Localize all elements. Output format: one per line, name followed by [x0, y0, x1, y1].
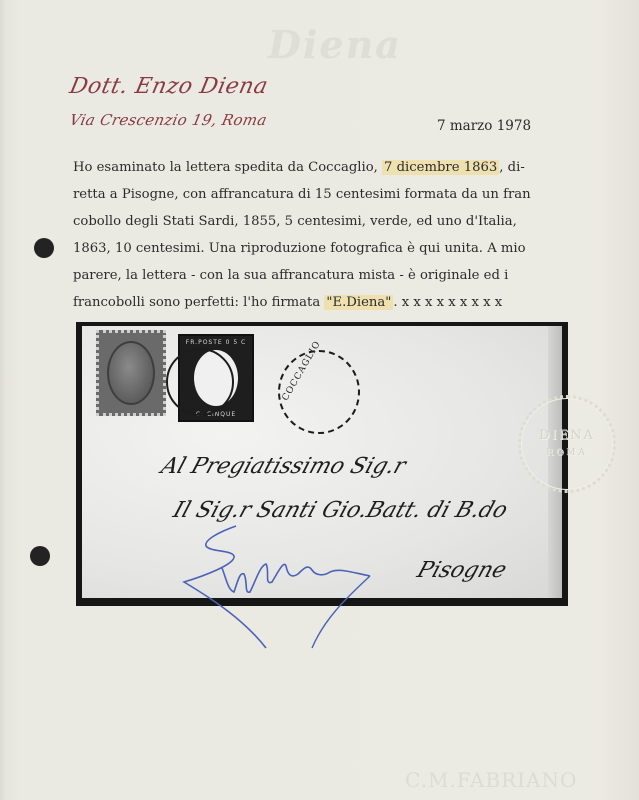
letterhead-name: Dott. Enzo Diena — [67, 74, 270, 99]
embossed-seal: DIENA ROMA — [518, 395, 616, 493]
punch-hole-icon — [30, 546, 50, 566]
body-text: 1863, 10 centesimi. Una riproduzione fot… — [73, 241, 526, 256]
address-line: Al Pregiatissimo Sig.r — [158, 454, 409, 479]
address-line: Pisogne — [414, 558, 510, 583]
body-text: . x x x x x x x x x — [393, 295, 502, 310]
body-text: retta a Pisogne, con affrancatura di 15 … — [73, 187, 531, 202]
body-text: francobolli sono perfetti: l'ho firmata — [73, 295, 324, 310]
body-text: cobollo degli Stati Sardi, 1855, 5 cente… — [73, 214, 517, 229]
expert-signature-icon — [174, 520, 394, 660]
highlighted-date: 7 dicembre 1863 — [382, 160, 499, 175]
watermark-top: Diena — [268, 22, 402, 67]
letterhead-address: Via Crescenzio 19, Roma — [68, 111, 269, 129]
cancellation-circle-icon — [166, 348, 234, 416]
highlighted-signature-name: "E.Diena" — [324, 295, 393, 310]
stamp-italy-10c — [96, 330, 166, 416]
seal-text: ROMA — [521, 448, 613, 458]
certificate-date: 7 marzo 1978 — [437, 118, 531, 134]
body-line: 1863, 10 centesimi. Una riproduzione fot… — [73, 235, 593, 262]
stamp-top-text: FR.POSTE 0 5 C — [180, 339, 252, 346]
body-line: retta a Pisogne, con affrancatura di 15 … — [73, 181, 593, 208]
body-line: francobolli sono perfetti: l'ho firmata … — [73, 289, 593, 316]
seal-text: DIENA — [521, 428, 613, 443]
stamp-king-profile-icon — [107, 341, 155, 405]
body-text: parere, la lettera - con la sua affranca… — [73, 268, 508, 283]
body-line: cobollo degli Stati Sardi, 1855, 5 cente… — [73, 208, 593, 235]
certificate-page: Diena Dott. Enzo Diena Via Crescenzio 19… — [0, 0, 639, 800]
punch-hole-icon — [34, 238, 54, 258]
body-line: parere, la lettera - con la sua affranca… — [73, 262, 593, 289]
body-text: , di- — [499, 160, 525, 175]
certificate-body: Ho esaminato la lettera spedita da Cocca… — [73, 154, 593, 316]
body-line: Ho esaminato la lettera spedita da Cocca… — [73, 154, 593, 181]
watermark-bottom: C.M.FABRIANO — [405, 768, 577, 792]
body-text: Ho esaminato la lettera spedita da Cocca… — [73, 160, 382, 175]
